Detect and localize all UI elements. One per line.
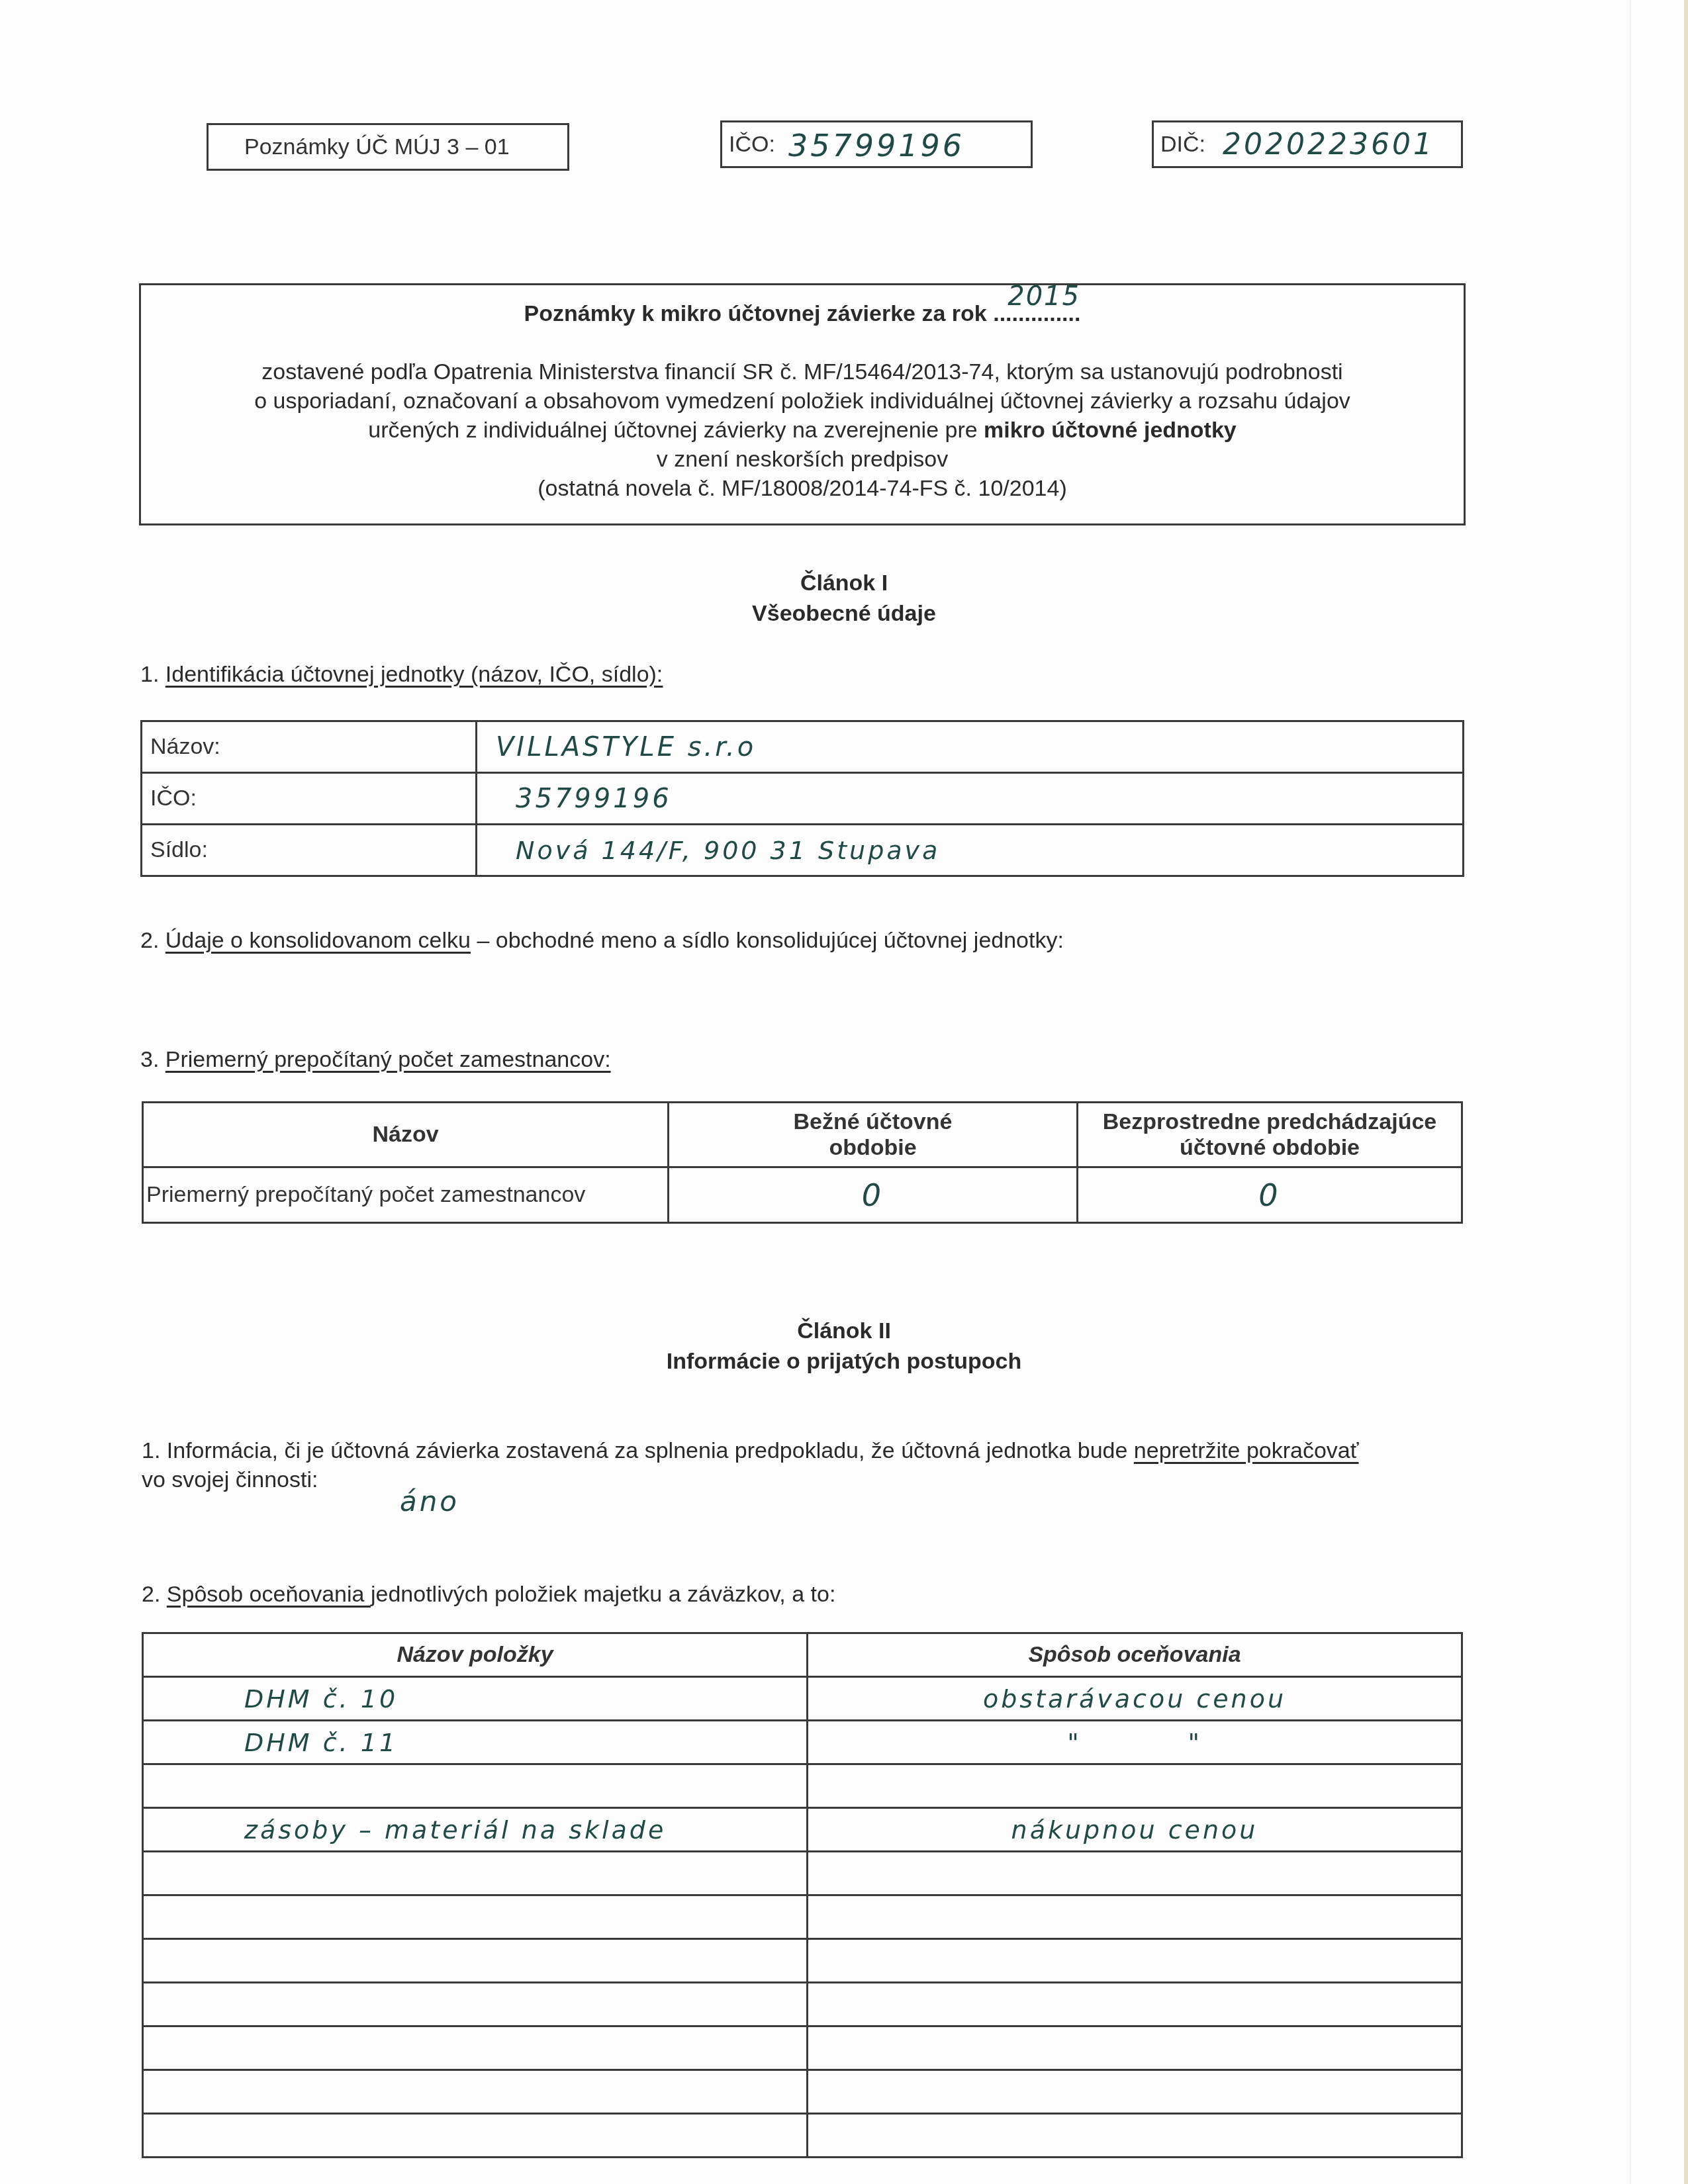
table-row: DHM č. 11" " [143, 1721, 1462, 1764]
col-header-previous: Bezprostredne predchádzajúce účtovné obd… [1078, 1103, 1462, 1167]
table-row: IČO: 35799196 [142, 773, 1464, 825]
method-cell: obstarávacou cenou [808, 1677, 1462, 1721]
col-header-item: Názov položky [143, 1633, 808, 1677]
row-label-ico: IČO: [142, 773, 477, 825]
method-value: " " [1067, 1728, 1202, 1757]
form-code-box: Poznámky ÚČ MÚJ 3 – 01 [207, 123, 569, 171]
method-cell [808, 1895, 1462, 1939]
section2-number: 2. [140, 928, 165, 953]
method-cell [808, 1852, 1462, 1895]
table-row: Sídlo: Nová 144/F, 900 31 Stupava [142, 825, 1464, 876]
going-concern-question: 1. Informácia, či je účtovná závierka zo… [142, 1438, 1134, 1463]
section3-heading: 3. Priemerný prepočítaný počet zamestnan… [140, 1047, 611, 1073]
item-name: DHM č. 11 [152, 1728, 398, 1757]
col-header-method: Spôsob oceňovania [808, 1633, 1462, 1677]
item-name [152, 2077, 244, 2107]
item-cell: DHM č. 11 [143, 1721, 808, 1764]
method-cell: " " [808, 1721, 1462, 1764]
method-cell [808, 1764, 1462, 1808]
ico-label: IČO: [729, 132, 775, 158]
item-cell [143, 1939, 808, 1983]
document-title: Poznámky k mikro účtovnej závierke za ro… [141, 301, 1464, 327]
section1-label: Identifikácia účtovnej jednotky (názov, … [165, 662, 663, 687]
col-header-current: Bežné účtovné obdobie [669, 1103, 1078, 1167]
valuation-label-underlined: Spôsob oceňovania [167, 1582, 371, 1607]
table-row [143, 2026, 1462, 2070]
item-cell [143, 1764, 808, 1808]
valuation-table: Názov položky Spôsob oceňovania DHM č. 1… [142, 1632, 1463, 2158]
table-row [143, 1895, 1462, 1939]
item-cell [143, 2114, 808, 2158]
table-row [143, 1852, 1462, 1895]
dic-box: DIČ: 2020223601 [1152, 120, 1463, 168]
table-row [143, 2070, 1462, 2114]
section1-number: 1. [140, 662, 165, 687]
table-row [143, 2114, 1462, 2158]
col-header-nazov: Názov [143, 1103, 669, 1167]
method-cell: nákupnou cenou [808, 1808, 1462, 1852]
item-cell [143, 2070, 808, 2114]
method-value: obstarávacou cenou [983, 1684, 1286, 1713]
company-ico: 35799196 [485, 784, 672, 814]
table-row: DHM č. 10obstarávacou cenou [143, 1677, 1462, 1721]
table-row [143, 1939, 1462, 1983]
row-value-ico: 35799196 [477, 773, 1464, 825]
row-value-sidlo: Nová 144/F, 900 31 Stupava [477, 825, 1464, 876]
table-row: Priemerný prepočítaný počet zamestnancov… [143, 1167, 1462, 1223]
section1-heading: 1. Identifikácia účtovnej jednotky (názo… [140, 662, 663, 688]
title-year: 2015 [1008, 281, 1080, 312]
article2-subheading: Informácie o prijatých postupoch [0, 1349, 1688, 1375]
table-row [143, 1983, 1462, 2026]
title-line-4: v znení neskorších predpisov [141, 447, 1464, 473]
going-concern-underlined: nepretržite pokračovať [1134, 1438, 1359, 1463]
going-concern-question-end: vo svojej činnosti: [142, 1467, 318, 1492]
form-code: Poznámky ÚČ MÚJ 3 – 01 [244, 134, 510, 160]
valuation-number: 2. [142, 1582, 167, 1607]
item-name [152, 1946, 244, 1976]
article2-heading: Článok II [0, 1318, 1688, 1344]
method-cell [808, 2114, 1462, 2158]
section2-heading: 2. Údaje o konsolidovanom celku – obchod… [140, 928, 1064, 954]
item-cell [143, 1852, 808, 1895]
method-cell [808, 1939, 1462, 1983]
article1-subheading: Všeobecné údaje [0, 601, 1688, 627]
scan-edge-line [1630, 0, 1631, 2184]
table-row: zásoby – materiál na skladenákupnou ceno… [143, 1808, 1462, 1852]
employees-row-name: Priemerný prepočítaný počet zamestnancov [143, 1167, 669, 1223]
table-header-row: Názov Bežné účtovné obdobie Bezprostredn… [143, 1103, 1462, 1167]
employees-current-cell: 0 [669, 1167, 1078, 1223]
title-line-2: o usporiadaní, označovaní a obsahovom vy… [141, 388, 1464, 414]
article2-section1-text: 1. Informácia, či je účtovná závierka zo… [142, 1436, 1472, 1494]
item-cell: DHM č. 10 [143, 1677, 808, 1721]
ico-value: 35799196 [788, 128, 964, 163]
dic-value: 2020223601 [1223, 128, 1434, 161]
paper-edge [1684, 0, 1688, 2184]
ico-box: IČO: 35799196 [720, 120, 1033, 168]
table-header-row: Názov položky Spôsob oceňovania [143, 1633, 1462, 1677]
title-line-3-normal: určených z individuálnej účtovnej závier… [368, 418, 984, 443]
row-label-sidlo: Sídlo: [142, 825, 477, 876]
section2-label-underlined: Údaje o konsolidovanom celku [165, 928, 471, 953]
method-cell [808, 2026, 1462, 2070]
item-name [152, 1990, 244, 2019]
employees-previous: 0 [1258, 1177, 1280, 1213]
item-cell [143, 1895, 808, 1939]
table-row [143, 1764, 1462, 1808]
company-name: VILLASTYLE s.r.o [485, 732, 756, 762]
employees-table: Názov Bežné účtovné obdobie Bezprostredn… [142, 1101, 1463, 1224]
valuation-label-rest: jednotlivých položiek majetku a záväzkov… [371, 1582, 835, 1607]
company-address: Nová 144/F, 900 31 Stupava [485, 836, 940, 865]
item-cell [143, 1983, 808, 2026]
table-row: Názov: VILLASTYLE s.r.o [142, 721, 1464, 773]
item-name [152, 2034, 244, 2063]
item-name [152, 1772, 244, 1801]
dic-label: DIČ: [1160, 132, 1205, 158]
item-cell [143, 2026, 808, 2070]
section3-label: Priemerný prepočítaný počet zamestnancov… [165, 1047, 611, 1072]
row-label-nazov: Názov: [142, 721, 477, 773]
employees-current: 0 [862, 1177, 884, 1213]
identification-table: Názov: VILLASTYLE s.r.o IČO: 35799196 Sí… [140, 720, 1464, 877]
item-name [152, 2121, 244, 2150]
item-name: zásoby – materiál na sklade [152, 1815, 666, 1844]
title-line-1: zostavené podľa Opatrenia Ministerstva f… [141, 359, 1464, 385]
employees-previous-cell: 0 [1078, 1167, 1462, 1223]
item-name: DHM č. 10 [152, 1684, 398, 1713]
item-name [152, 1903, 244, 1932]
section2-label-rest: – obchodné meno a sídlo konsolidujúcej ú… [471, 928, 1064, 953]
title-box: Poznámky k mikro účtovnej závierke za ro… [139, 283, 1466, 525]
title-prefix: Poznámky k mikro účtovnej závierke za ro… [524, 301, 987, 326]
section3-number: 3. [140, 1047, 165, 1072]
item-cell: zásoby – materiál na sklade [143, 1808, 808, 1852]
row-value-nazov: VILLASTYLE s.r.o [477, 721, 1464, 773]
method-value: nákupnou cenou [1011, 1815, 1258, 1844]
title-line-3: určených z individuálnej účtovnej závier… [141, 418, 1464, 443]
article1-heading: Článok I [0, 570, 1688, 596]
method-cell [808, 1983, 1462, 2026]
valuation-heading: 2. Spôsob oceňovania jednotlivých položi… [142, 1582, 835, 1608]
title-year-field: .............. 2015 [993, 301, 1080, 326]
item-name [152, 1859, 244, 1888]
title-line-5: (ostatná novela č. MF/18008/2014-74-FS č… [141, 476, 1464, 502]
title-line-3-bold: mikro účtovné jednotky [984, 418, 1237, 443]
method-cell [808, 2070, 1462, 2114]
going-concern-answer: áno [400, 1485, 459, 1518]
